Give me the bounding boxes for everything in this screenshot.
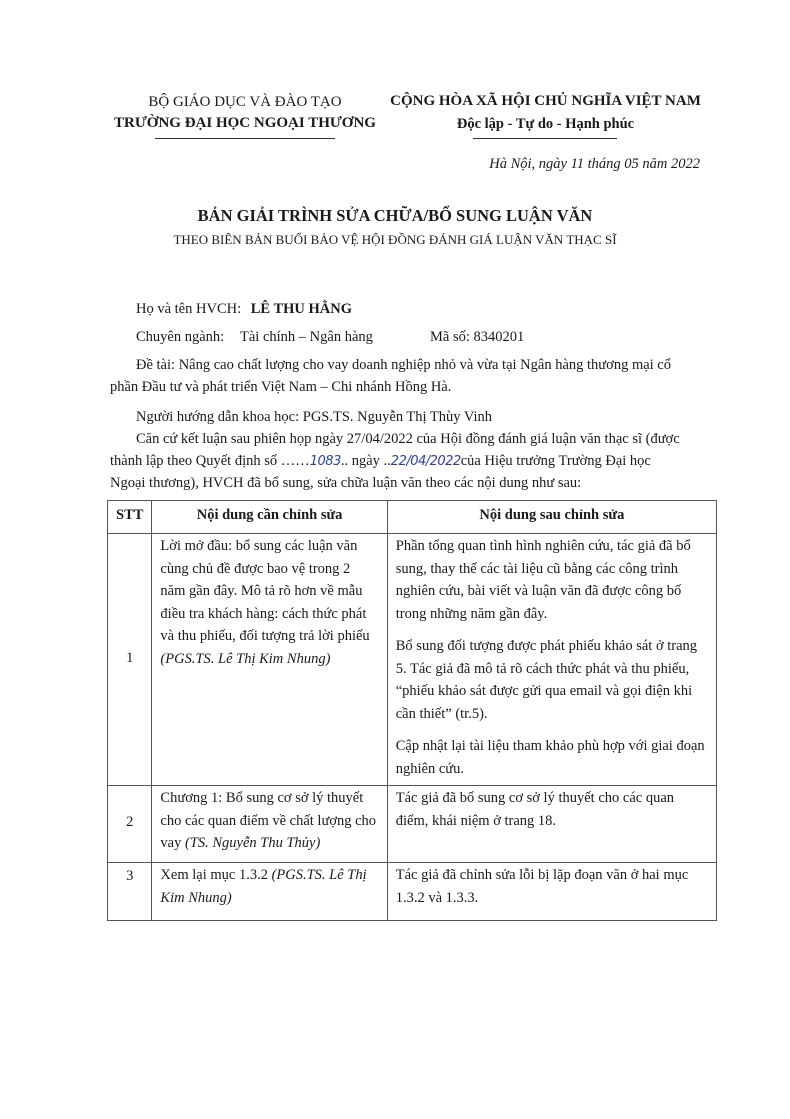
document-title: BẢN GIẢI TRÌNH SỬA CHỮA/BỔ SUNG LUẬN VĂN	[80, 206, 710, 226]
row-stt: 1	[108, 534, 152, 786]
request-text: Lời mở đầu: bổ sung các luận văn cùng ch…	[160, 538, 369, 644]
after-paragraph: Bổ sung đối tượng được phát phiếu khảo s…	[396, 635, 708, 725]
basis-text-b: .. ngày ..	[341, 453, 391, 469]
row-after: Tác giả đã chỉnh sửa lỗi bị lặp đoạn văn…	[387, 863, 716, 921]
issuing-authority: BỘ GIÁO DỤC VÀ ĐÀO TẠO TRƯỜNG ĐẠI HỌC NG…	[100, 92, 390, 134]
basis-text-a: thành lập theo Quyết định số ……	[110, 453, 310, 469]
national-motto: Độc lập - Tự do - Hạnh phúc	[383, 113, 708, 136]
major-value: Tài chính – Ngân hàng	[240, 326, 373, 348]
table-row: 3 Xem lại mục 1.3.2 (PGS.TS. Lê Thị Kim …	[108, 863, 717, 921]
topic-line-1: Đề tài: Nâng cao chất lượng cho vay doan…	[136, 354, 671, 376]
row-request: Xem lại mục 1.3.2 (PGS.TS. Lê Thị Kim Nh…	[152, 863, 387, 921]
code-value: 8340201	[474, 329, 525, 345]
table-row: 2 Chương 1: Bổ sung cơ sở lý thuyết cho …	[108, 786, 717, 863]
header-right-underline	[473, 138, 617, 139]
reviewer-name: (TS. Nguyễn Thu Thủy)	[185, 835, 320, 851]
national-header: CỘNG HÒA XÃ HỘI CHỦ NGHĨA VIỆT NAM Độc l…	[383, 90, 708, 136]
advisor-label: Người hướng dẫn khoa học:	[136, 409, 299, 425]
row-request: Chương 1: Bổ sung cơ sở lý thuyết cho cá…	[152, 786, 387, 863]
decision-number-handwritten: 1083	[310, 454, 341, 469]
code-line: Mã số: 8340201	[430, 326, 524, 348]
advisor-line: Người hướng dẫn khoa học: PGS.TS. Nguyễn…	[136, 406, 492, 428]
row-stt: 3	[108, 863, 152, 921]
revision-table: STT Nội dung cần chỉnh sửa Nội dung sau …	[107, 500, 717, 921]
document-subtitle: THEO BIÊN BẢN BUỔI BẢO VỆ HỘI ĐỒNG ĐÁNH …	[80, 232, 710, 248]
row-request: Lời mở đầu: bổ sung các luận văn cùng ch…	[152, 534, 387, 786]
row-after: Tác giả đã bổ sung cơ sở lý thuyết cho c…	[387, 786, 716, 863]
code-label: Mã số:	[430, 329, 470, 345]
topic-text-1: Nâng cao chất lượng cho vay doanh nghiệp…	[179, 357, 671, 373]
topic-label: Đề tài:	[136, 357, 175, 373]
reviewer-name: (PGS.TS. Lê Thị Kim Nhung)	[160, 651, 330, 667]
ministry-name: BỘ GIÁO DỤC VÀ ĐÀO TẠO	[100, 92, 390, 113]
decision-date-handwritten: 22/04/2022	[391, 454, 461, 469]
basis-text-c: của Hiệu trưởng Trường Đại học	[461, 453, 651, 469]
major-label: Chuyên ngành:	[136, 326, 224, 348]
basis-line-1: Căn cứ kết luận sau phiên họp ngày 27/04…	[136, 428, 680, 450]
student-name-line: Họ và tên HVCH: LÊ THU HẰNG	[136, 298, 352, 320]
row-stt: 2	[108, 786, 152, 863]
university-name: TRƯỜNG ĐẠI HỌC NGOẠI THƯƠNG	[100, 113, 390, 134]
topic-text-2: phần Đầu tư và phát triển Việt Nam – Chi…	[110, 376, 451, 398]
after-paragraph: Tác giả đã chỉnh sửa lỗi bị lặp đoạn văn…	[396, 864, 708, 909]
header-stt: STT	[108, 501, 152, 534]
row-after: Phần tổng quan tình hình nghiên cứu, tác…	[387, 534, 716, 786]
table-header-row: STT Nội dung cần chỉnh sửa Nội dung sau …	[108, 501, 717, 534]
student-name-label: Họ và tên HVCH:	[136, 301, 241, 317]
after-paragraph: Tác giả đã bổ sung cơ sở lý thuyết cho c…	[396, 787, 708, 832]
after-paragraph: Cập nhật lại tài liệu tham khảo phù hợp …	[396, 735, 708, 780]
table-row: 1 Lời mở đầu: bổ sung các luận văn cùng …	[108, 534, 717, 786]
place-date: Hà Nội, ngày 11 tháng 05 năm 2022	[400, 156, 700, 173]
header-left-underline	[155, 138, 335, 139]
request-text: Xem lại mục 1.3.2	[160, 867, 268, 883]
header-after: Nội dung sau chỉnh sửa	[387, 501, 716, 534]
country-name: CỘNG HÒA XÃ HỘI CHỦ NGHĨA VIỆT NAM	[383, 90, 708, 113]
after-paragraph: Phần tổng quan tình hình nghiên cứu, tác…	[396, 535, 708, 625]
advisor-name: PGS.TS. Nguyễn Thị Thùy Vinh	[303, 409, 492, 425]
header-request: Nội dung cần chỉnh sửa	[152, 501, 387, 534]
student-name: LÊ THU HẰNG	[251, 301, 352, 317]
basis-line-2: thành lập theo Quyết định số ……1083.. ng…	[110, 450, 651, 473]
basis-line-3: Ngoại thương), HVCH đã bổ sung, sửa chữa…	[110, 472, 581, 494]
